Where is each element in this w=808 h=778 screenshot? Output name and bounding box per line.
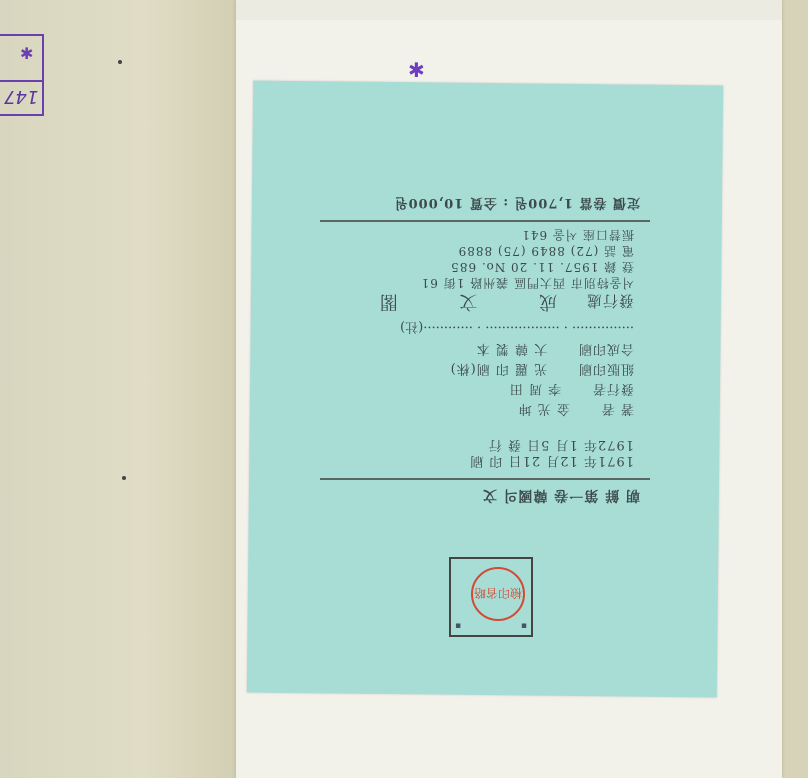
seal-corner-mark: ▪ <box>521 621 527 631</box>
stamp-divider <box>0 80 42 82</box>
staff-row: 合成印刷 大 韓 製 本 <box>476 341 634 360</box>
seal-corner-mark: ▪ <box>455 621 461 631</box>
staff-name: 大 韓 製 本 <box>476 341 547 356</box>
distributor-label: 發行處 <box>586 292 634 310</box>
account: 振替口座 서울 641 <box>521 227 634 244</box>
ink-blot-icon: ✱ <box>408 58 425 82</box>
publish-date: 1972年 1月 5日 發 行 <box>488 437 634 456</box>
price-line: 定價 卷當 1,700원 : 全質 10,000원 <box>394 195 640 214</box>
dotted-suffix: (社) <box>400 319 423 334</box>
title-rule <box>320 478 650 480</box>
dotted-leader: ··············· · ·················· · ·… <box>400 319 634 338</box>
staff-role: 合成印刷 <box>578 341 634 356</box>
book-title-line: 朝 鮮 第一卷 韓國의 文 <box>482 486 640 506</box>
colophon-text-block: 朝 鮮 第一卷 韓國의 文 1971年 12月 21日 印 刷 1972年 1月… <box>320 190 650 520</box>
endpaper-top-strip <box>236 0 782 20</box>
author-seal: 檢印省略 <box>471 567 525 621</box>
speck <box>122 476 126 480</box>
staff-role: 著 者 <box>601 401 634 416</box>
staff-role: 發行者 <box>592 381 634 396</box>
speck <box>118 60 122 64</box>
seal-text: 檢印省略 <box>474 586 522 603</box>
address: 서울特別市 西大門區 義州路 1街 61 <box>421 275 634 292</box>
staff-row: 組版印刷 光 麗 印 刷(株) <box>450 361 634 380</box>
price-rule <box>320 220 650 222</box>
staff-row: 發行者 李 周 田 <box>509 381 634 400</box>
phone: 電 話 (72) 8849 (75) 8889 <box>458 243 634 260</box>
stamp-number: 147 <box>4 86 38 107</box>
staff-row: 著 者 金 光 坤 <box>518 401 634 420</box>
distributor-name: 成 文 閣 <box>352 291 557 312</box>
distributor-row: 發行處 成 文 閣 <box>352 290 634 316</box>
registration: 登 錄 1957. 11. 20 No. 685 <box>450 259 634 276</box>
ink-blot-icon: ✱ <box>20 44 33 63</box>
staff-name: 李 周 田 <box>509 381 561 396</box>
staff-role: 組版印刷 <box>578 361 634 376</box>
staff-name: 金 光 坤 <box>518 401 570 416</box>
staff-name: 光 麗 印 刷(株) <box>450 361 548 376</box>
library-stamp-left: ✱ 147 <box>0 34 44 116</box>
seal-box: 檢印省略 ▪ ▪ <box>449 557 533 637</box>
left-book-page: ✱ 147 <box>0 0 240 778</box>
